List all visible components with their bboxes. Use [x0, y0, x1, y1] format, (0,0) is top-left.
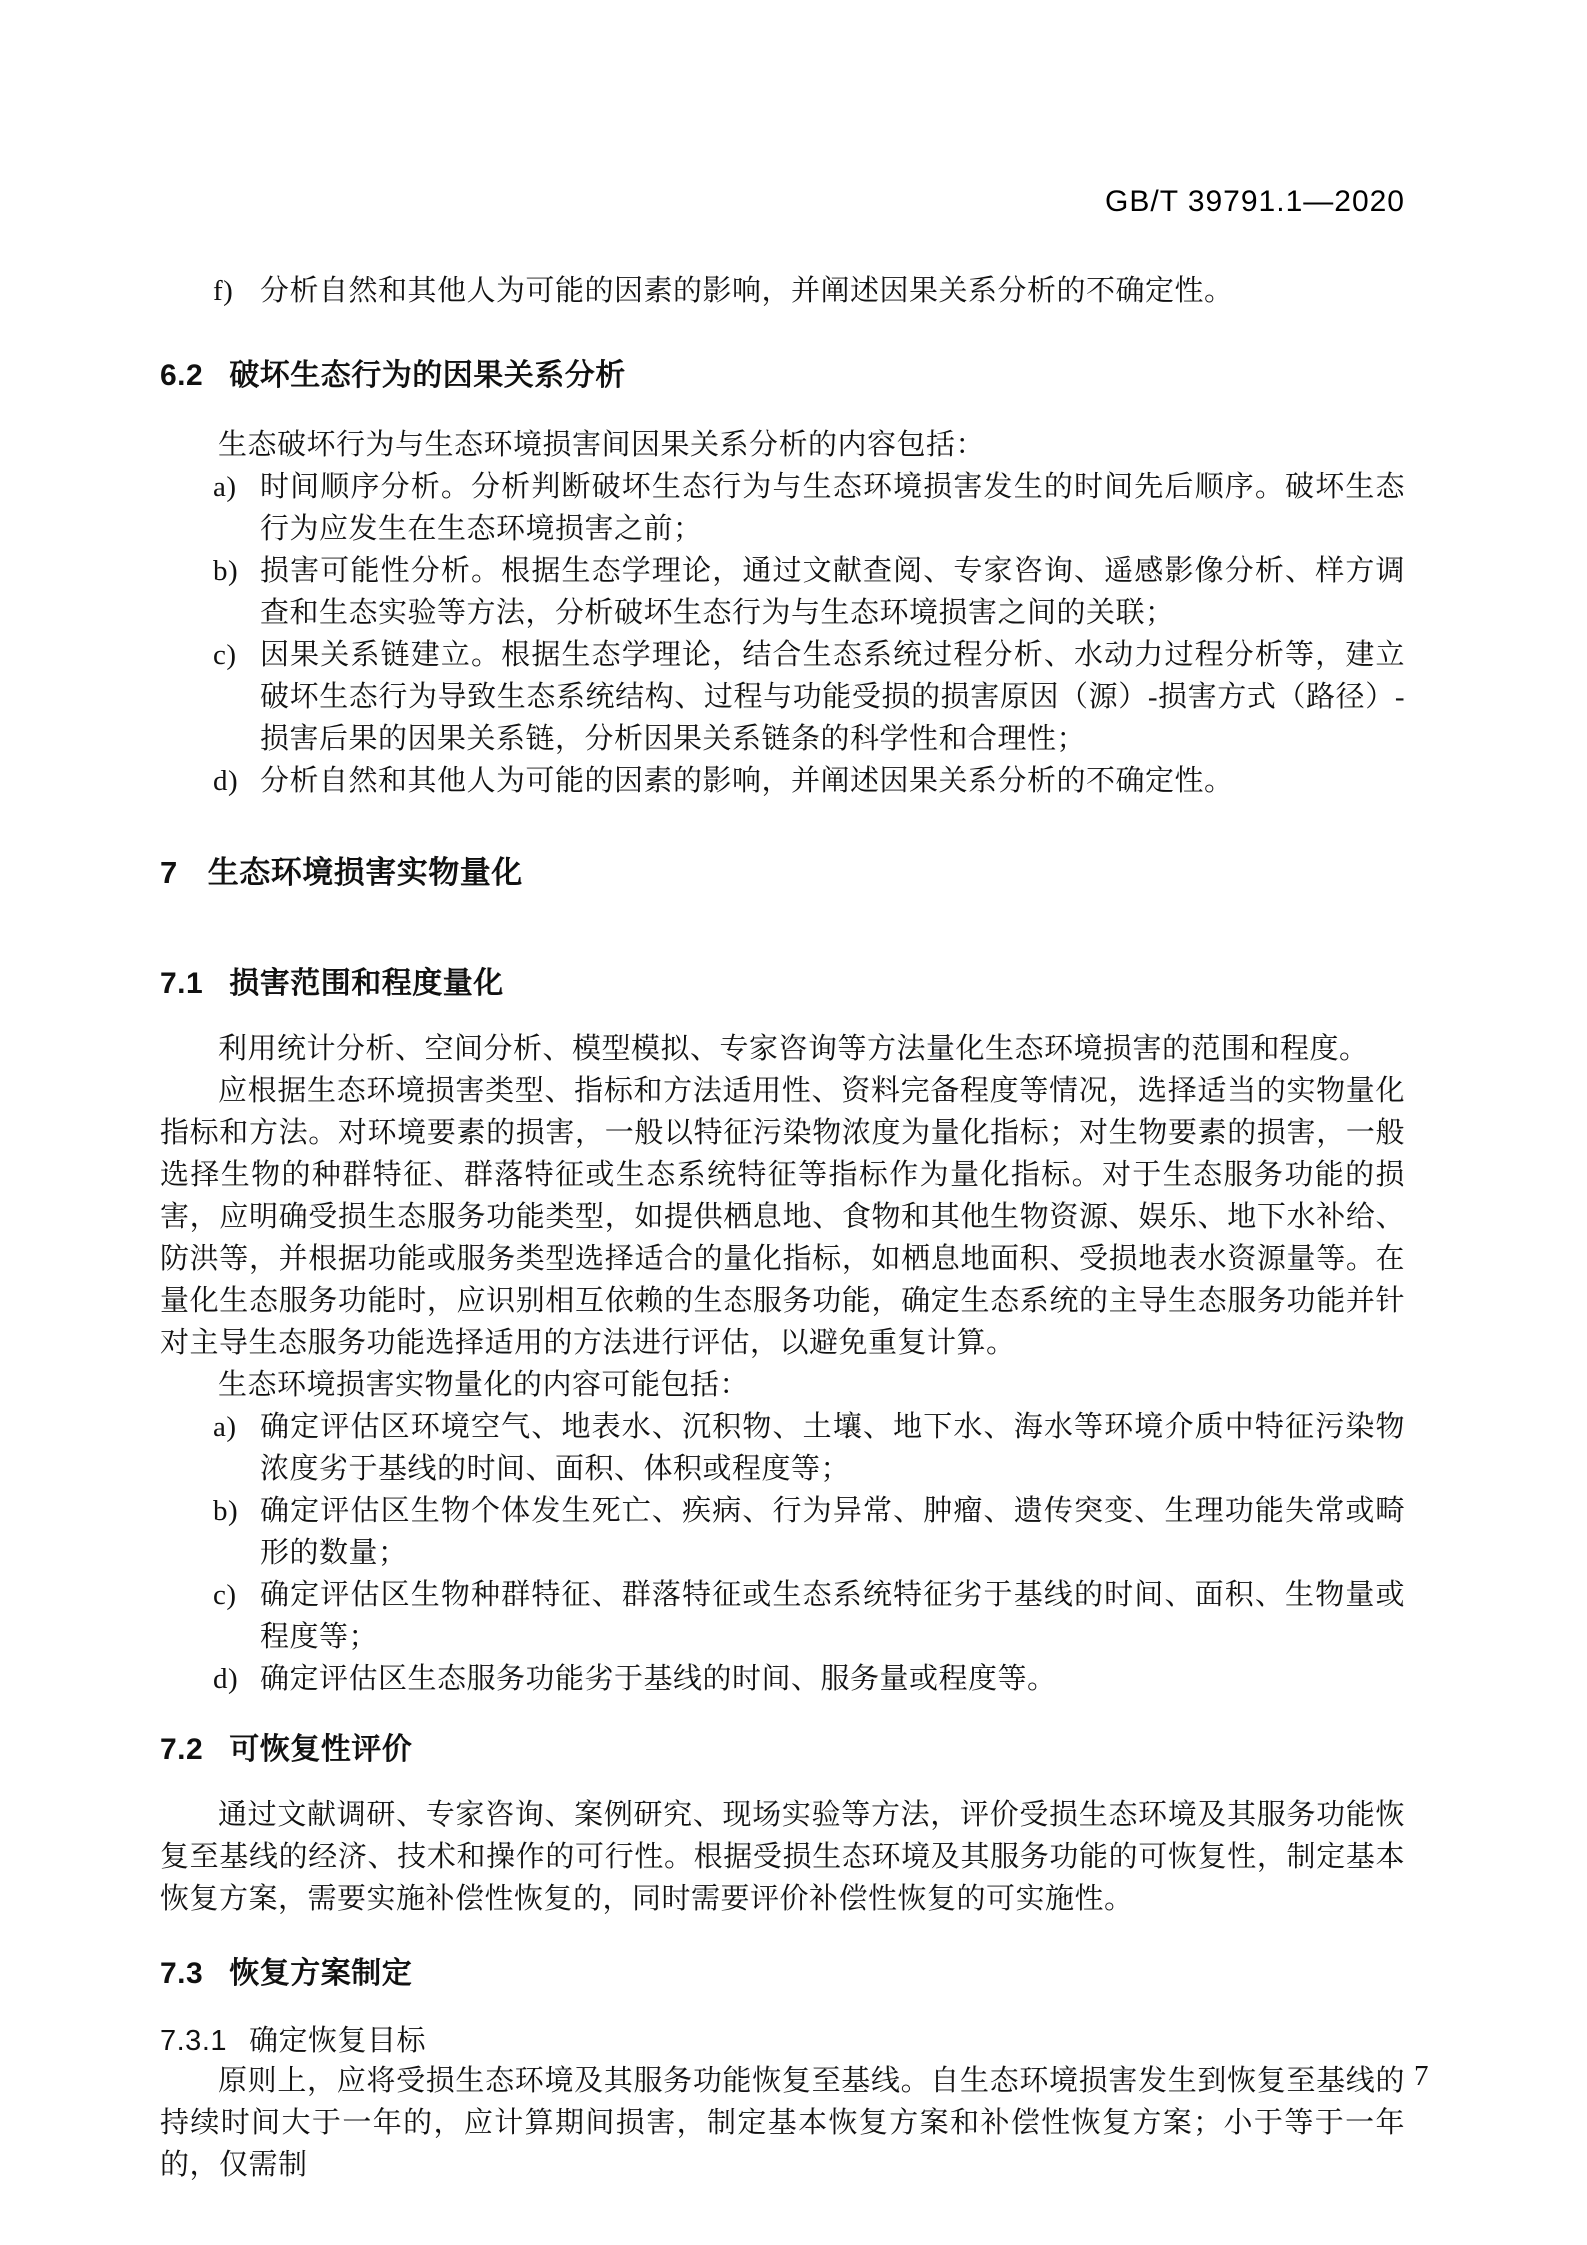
section-heading-7-2: 7.2可恢复性评价	[160, 1732, 1405, 1768]
lead-paragraph: 生态破坏行为与生态环境损害间因果关系分析的内容包括：	[160, 424, 1405, 466]
section-number: 7.3	[160, 1957, 203, 1990]
ordered-list-7-1: a) 确定评估区环境空气、地表水、沉积物、土壤、地下水、海水等环境介质中特征污染…	[160, 1406, 1405, 1700]
list-marker: a)	[213, 466, 237, 508]
list-marker: c)	[213, 634, 237, 676]
list-item-text: 分析自然和其他人为可能的因素的影响，并阐述因果关系分析的不确定性。	[260, 765, 1234, 797]
section-title: 损害范围和程度量化	[229, 967, 504, 1000]
subsection-heading-7-3-1: 7.3.1确定恢复目标	[160, 2024, 1405, 2058]
section-title: 可恢复性评价	[229, 1733, 412, 1766]
chapter-heading-7: 7生态环境损害实物量化	[160, 854, 1405, 892]
page-number: 7	[1414, 2058, 1429, 2094]
list-item-text: 确定评估区生物种群特征、群落特征或生态系统特征劣于基线的时间、面积、生物量或程度…	[260, 1579, 1405, 1653]
chapter-title: 生态环境损害实物量化	[208, 855, 523, 890]
list-item: c) 确定评估区生物种群特征、群落特征或生态系统特征劣于基线的时间、面积、生物量…	[160, 1574, 1405, 1658]
chapter-number: 7	[160, 855, 178, 890]
list-item-f: f) 分析自然和其他人为可能的因素的影响，并阐述因果关系分析的不确定性。	[160, 270, 1405, 312]
section-number: 6.2	[160, 359, 203, 392]
list-item-text: 时间顺序分析。分析判断破坏生态行为与生态环境损害发生的时间先后顺序。破坏生态行为…	[260, 471, 1405, 545]
paragraph: 原则上，应将受损生态环境及其服务功能恢复至基线。自生态环境损害发生到恢复至基线的…	[160, 2060, 1405, 2186]
list-item-text: 因果关系链建立。根据生态学理论，结合生态系统过程分析、水动力过程分析等，建立破坏…	[260, 639, 1405, 755]
document-page: GB/T 39791.1—2020 f) 分析自然和其他人为可能的因素的影响，并…	[0, 0, 1587, 2245]
doc-number: GB/T 39791.1—2020	[1105, 185, 1405, 218]
list-item: a) 时间顺序分析。分析判断破坏生态行为与生态环境损害发生的时间先后顺序。破坏生…	[160, 466, 1405, 550]
section-title: 破坏生态行为的因果关系分析	[229, 359, 626, 392]
list-item: c) 因果关系链建立。根据生态学理论，结合生态系统过程分析、水动力过程分析等，建…	[160, 634, 1405, 760]
section-title: 恢复方案制定	[229, 1957, 412, 1990]
list-marker: a)	[213, 1406, 237, 1448]
section-heading-7-3: 7.3恢复方案制定	[160, 1956, 1405, 1992]
paragraph: 利用统计分析、空间分析、模型模拟、专家咨询等方法量化生态环境损害的范围和程度。	[160, 1028, 1405, 1070]
list-item: b) 损害可能性分析。根据生态学理论，通过文献查阅、专家咨询、遥感影像分析、样方…	[160, 550, 1405, 634]
section-heading-6-2: 6.2破坏生态行为的因果关系分析	[160, 358, 1405, 394]
subsection-number: 7.3.1	[160, 2025, 227, 2057]
list-item: b) 确定评估区生物个体发生死亡、疾病、行为异常、肿瘤、遗传突变、生理功能失常或…	[160, 1490, 1405, 1574]
ordered-list-6-2: a) 时间顺序分析。分析判断破坏生态行为与生态环境损害发生的时间先后顺序。破坏生…	[160, 466, 1405, 802]
list-marker: b)	[213, 1490, 238, 1532]
list-item: d) 确定评估区生态服务功能劣于基线的时间、服务量或程度等。	[160, 1658, 1405, 1700]
list-marker: d)	[213, 1658, 238, 1700]
page-header: GB/T 39791.1—2020	[160, 186, 1405, 218]
list-item-text: 损害可能性分析。根据生态学理论，通过文献查阅、专家咨询、遥感影像分析、样方调查和…	[260, 555, 1405, 629]
list-item-text: 确定评估区生物个体发生死亡、疾病、行为异常、肿瘤、遗传突变、生理功能失常或畸形的…	[260, 1495, 1405, 1569]
list-marker: c)	[213, 1574, 237, 1616]
paragraph: 应根据生态环境损害类型、指标和方法适用性、资料完备程度等情况，选择适当的实物量化…	[160, 1070, 1405, 1364]
section-number: 7.1	[160, 967, 203, 1000]
list-item-text: 分析自然和其他人为可能的因素的影响，并阐述因果关系分析的不确定性。	[260, 275, 1234, 307]
subsection-title: 确定恢复目标	[249, 2025, 426, 2057]
page-content: GB/T 39791.1—2020 f) 分析自然和其他人为可能的因素的影响，并…	[160, 0, 1405, 2186]
section-heading-7-1: 7.1损害范围和程度量化	[160, 966, 1405, 1002]
paragraph: 通过文献调研、专家咨询、案例研究、现场实验等方法，评价受损生态环境及其服务功能恢…	[160, 1794, 1405, 1920]
list-item: a) 确定评估区环境空气、地表水、沉积物、土壤、地下水、海水等环境介质中特征污染…	[160, 1406, 1405, 1490]
section-number: 7.2	[160, 1733, 203, 1766]
list-marker: d)	[213, 760, 238, 802]
lead-paragraph: 生态环境损害实物量化的内容可能包括：	[160, 1364, 1405, 1406]
list-item-text: 确定评估区环境空气、地表水、沉积物、土壤、地下水、海水等环境介质中特征污染物浓度…	[260, 1411, 1405, 1485]
list-item: d) 分析自然和其他人为可能的因素的影响，并阐述因果关系分析的不确定性。	[160, 760, 1405, 802]
list-marker: f)	[213, 270, 233, 312]
list-item-text: 确定评估区生态服务功能劣于基线的时间、服务量或程度等。	[260, 1663, 1057, 1695]
list-marker: b)	[213, 550, 238, 592]
